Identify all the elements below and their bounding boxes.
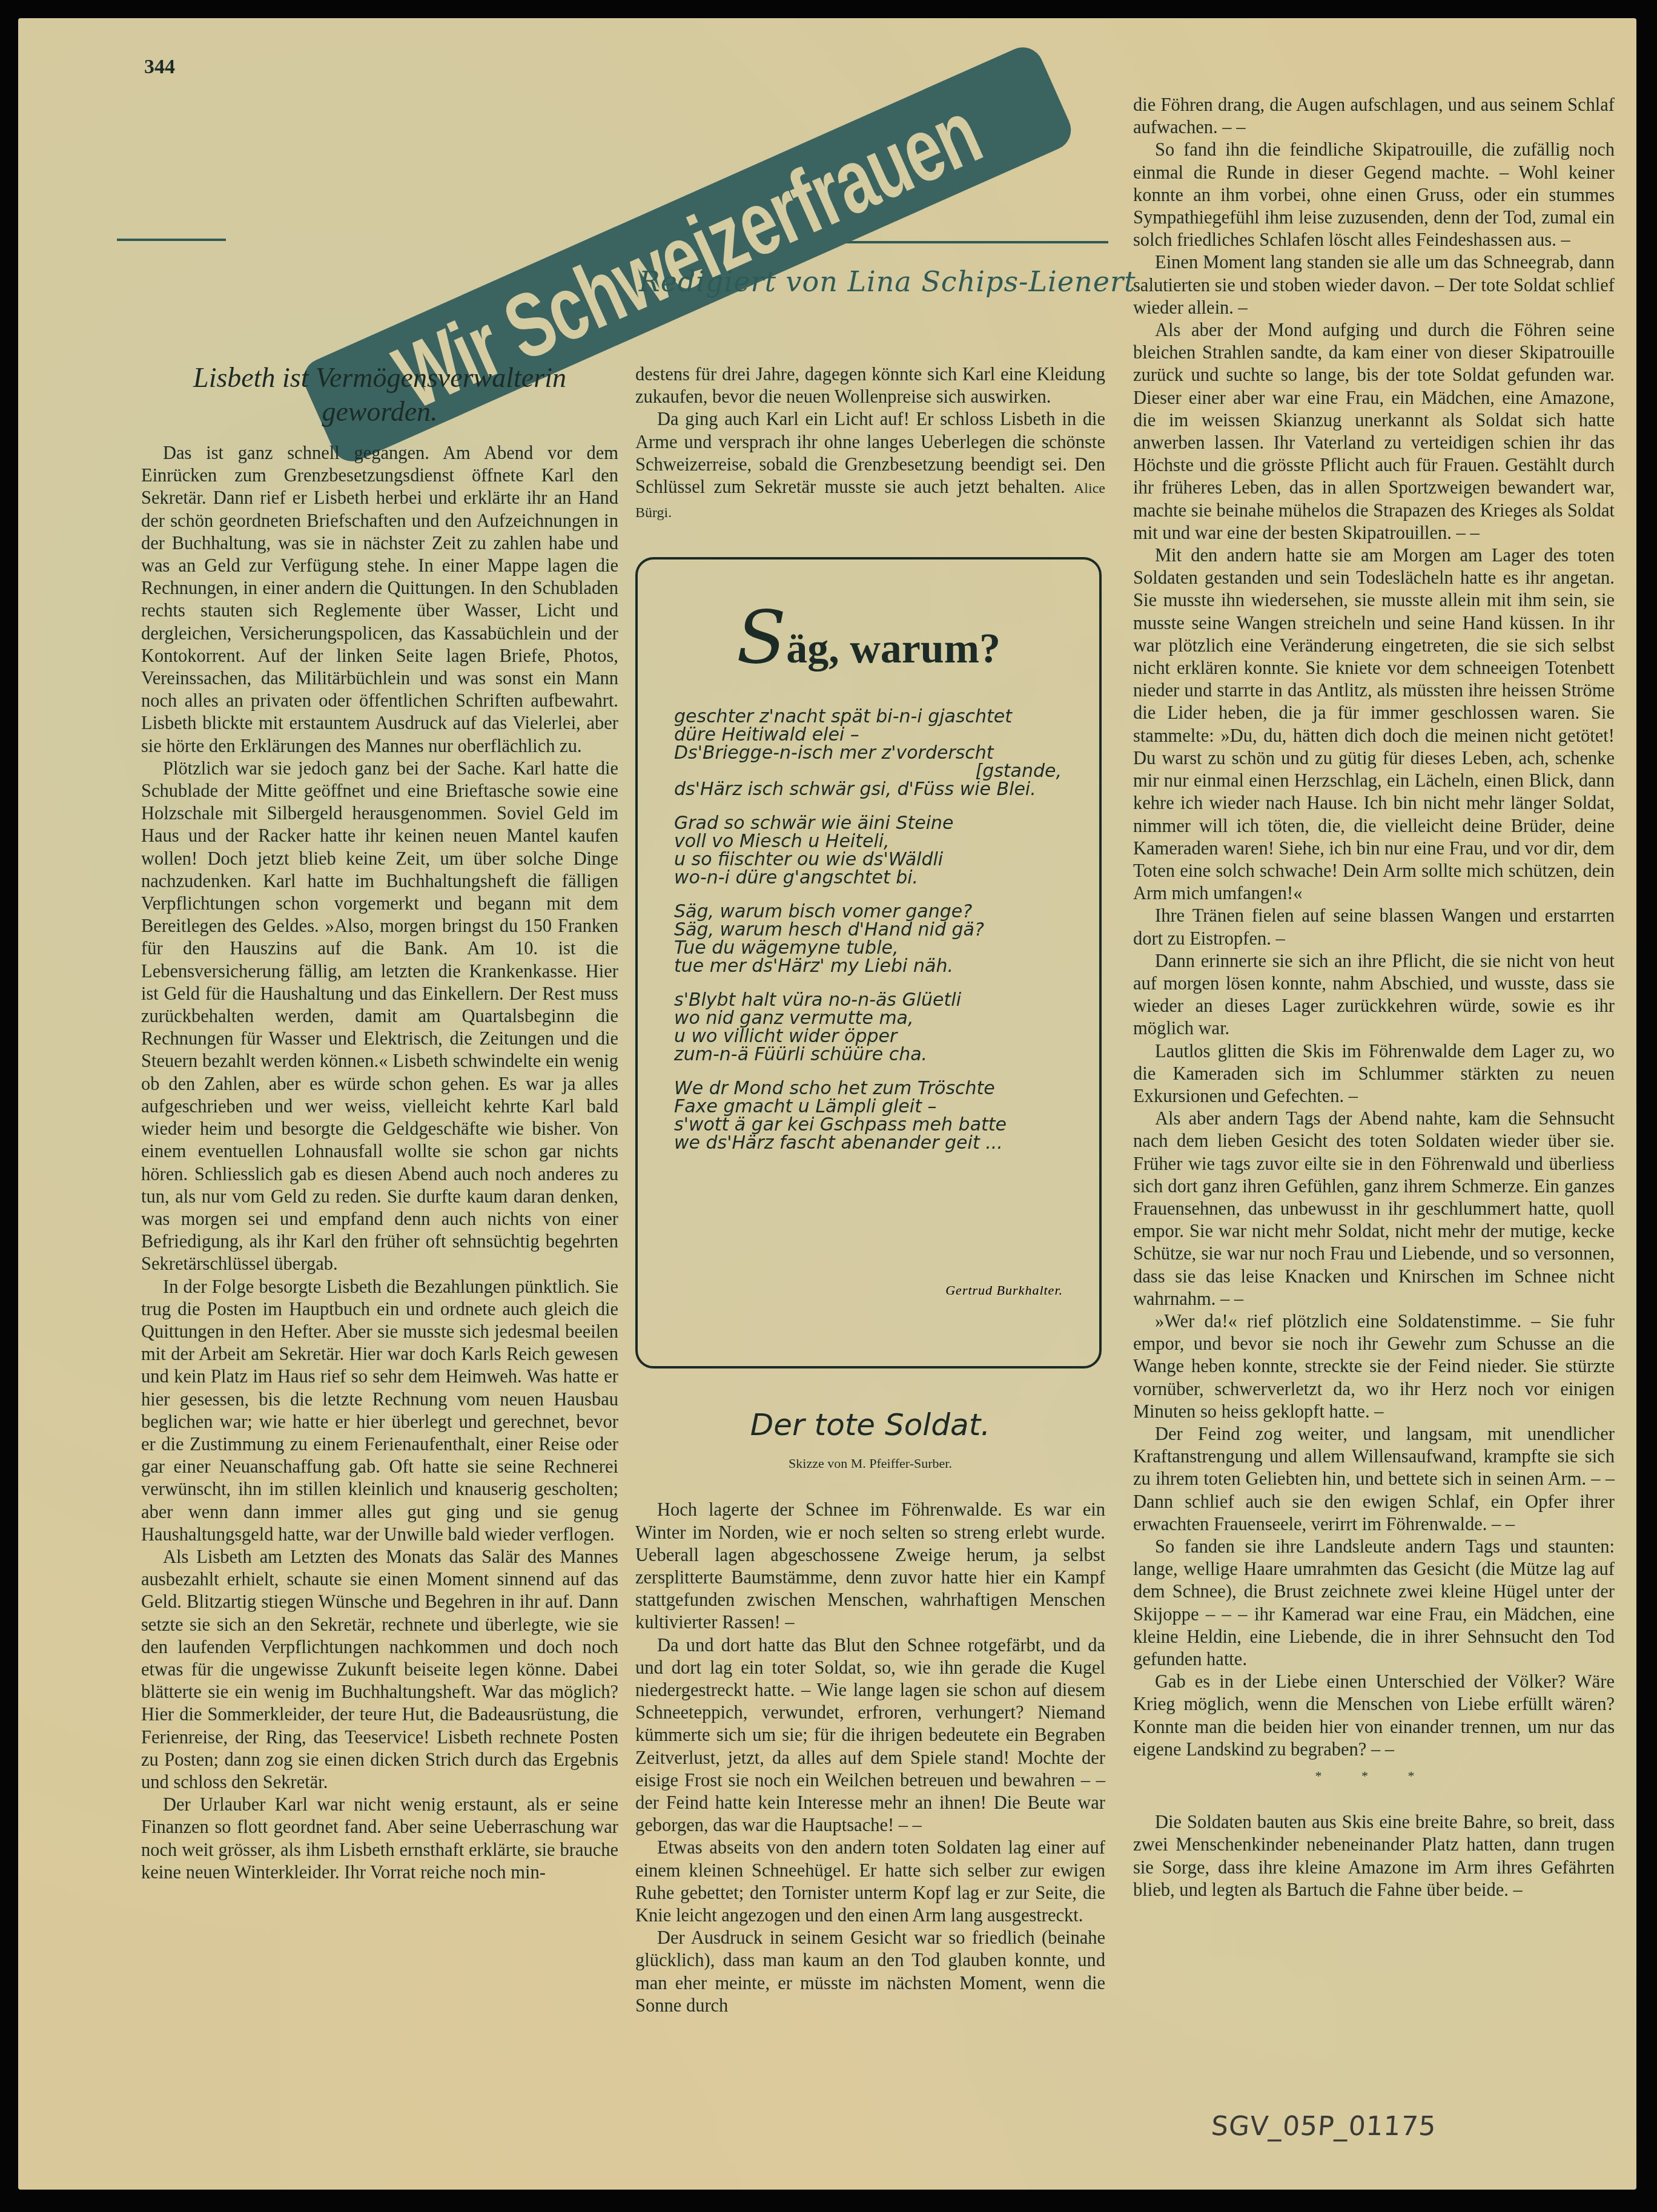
column-2-top: destens für drei Jahre, dagegen könnte s…: [635, 363, 1105, 524]
article1-paragraph: Der Urlauber Karl war nicht wenig erstau…: [141, 1794, 618, 1884]
article2-paragraph: Einen Moment lang standen sie alle um da…: [1133, 251, 1615, 319]
article1-paragraph: In der Folge besorgte Lisbeth die Bezahl…: [141, 1276, 618, 1546]
article2-paragraph: Der Feind zog weiter, und langsam, mit u…: [1133, 1423, 1615, 1536]
article1-paragraph: Das ist ganz schnell gegangen. Am Abend …: [141, 442, 618, 758]
article2-paragraph: Gab es in der Liebe einen Unterschied de…: [1133, 1671, 1615, 1761]
page-number: 344: [144, 56, 175, 79]
article2-paragraph: Dann erinnerte sie sich an ihre Pflicht,…: [1133, 950, 1615, 1040]
article1-title: Lisbeth ist Vermögensverwalterin geworde…: [141, 361, 618, 429]
article2-paragraph: Als aber andern Tags der Abend nahte, ka…: [1133, 1108, 1615, 1310]
column-1: Lisbeth ist Vermögensverwalterin geworde…: [141, 351, 618, 1884]
article2-title: Der tote Soldat.: [635, 1414, 1105, 1436]
article2-paragraph: Lautlos glitten die Skis im Föhrenwalde …: [1133, 1040, 1615, 1108]
poem-stanza: We dr Mond scho het zum Tröschte Faxe gm…: [674, 1080, 1062, 1152]
header-rule-left: [117, 239, 226, 241]
article2-final-paragraph: Die Soldaten bauten aus Skis eine breite…: [1133, 1811, 1615, 1901]
article1-continuation: destens für drei Jahre, dagegen könnte s…: [635, 363, 1105, 408]
article2-paragraph: Mit den andern hatte sie am Morgen am La…: [1133, 544, 1615, 905]
poem-title: Säg, warum?: [638, 596, 1099, 680]
article2-paragraph: Da und dort hatte das Blut den Schnee ro…: [635, 1634, 1105, 1837]
section-separator: * * *: [1133, 1765, 1615, 1787]
poem-box: Säg, warum? geschter z'nacht spät bi-n-i…: [635, 557, 1102, 1368]
poem-stanza: Grad so schwär wie äini Steine voll vo M…: [674, 814, 1062, 887]
article2-paragraph: Als aber der Mond aufging und durch die …: [1133, 319, 1615, 544]
article2-paragraph: Etwas abseits von den andern toten Solda…: [635, 1837, 1105, 1927]
article2-paragraph: Der Ausdruck in seinem Gesicht war so fr…: [635, 1927, 1105, 2017]
archive-id-handwritten: SGV_05P_01175: [1210, 2111, 1437, 2142]
article1-last-paragraph: Da ging auch Karl ein Licht auf! Er schl…: [635, 408, 1105, 524]
article2-paragraph: »Wer da!« rief plötzlich eine Soldatenst…: [1133, 1310, 1615, 1423]
article1-paragraph: Als Lisbeth am Letzten des Monats das Sa…: [141, 1546, 618, 1794]
article2-paragraph: So fanden sie ihre Landsleute andern Tag…: [1133, 1536, 1615, 1671]
column-3: die Föhren drang, die Augen aufschlagen,…: [1133, 94, 1615, 1901]
article1-paragraph: Plötzlich war sie jedoch ganz bei der Sa…: [141, 758, 618, 1276]
poem-stanza: s'Blybt halt vüra no-n-äs Glüetli wo nid…: [674, 991, 1062, 1064]
article2-continuation: die Föhren drang, die Augen aufschlagen,…: [1133, 94, 1615, 139]
article2-start: Der tote Soldat. Skizze von M. Pfeiffer-…: [635, 1414, 1105, 2017]
poem-stanza: geschter z'nacht spät bi-n-i gjaschtet d…: [674, 708, 1062, 799]
article2-paragraph: Ihre Tränen fielen auf seine blassen Wan…: [1133, 905, 1615, 949]
poem-stanza: Säg, warum bisch vomer gange? Säg, warum…: [674, 903, 1062, 976]
article2-paragraph: Hoch lagerte der Schnee im Föhrenwalde. …: [635, 1499, 1105, 1634]
poem-body: geschter z'nacht spät bi-n-i gjaschtet d…: [674, 708, 1062, 1168]
article2-byline: Skizze von M. Pfeiffer-Surber.: [635, 1452, 1105, 1474]
editor-credit: Redigiert von Lina Schips-Lienert: [639, 265, 1136, 298]
article2-paragraph: So fand ihn die feindliche Skipatrouille…: [1133, 139, 1615, 251]
poem-author: Gertrud Burkhalter.: [945, 1283, 1063, 1298]
